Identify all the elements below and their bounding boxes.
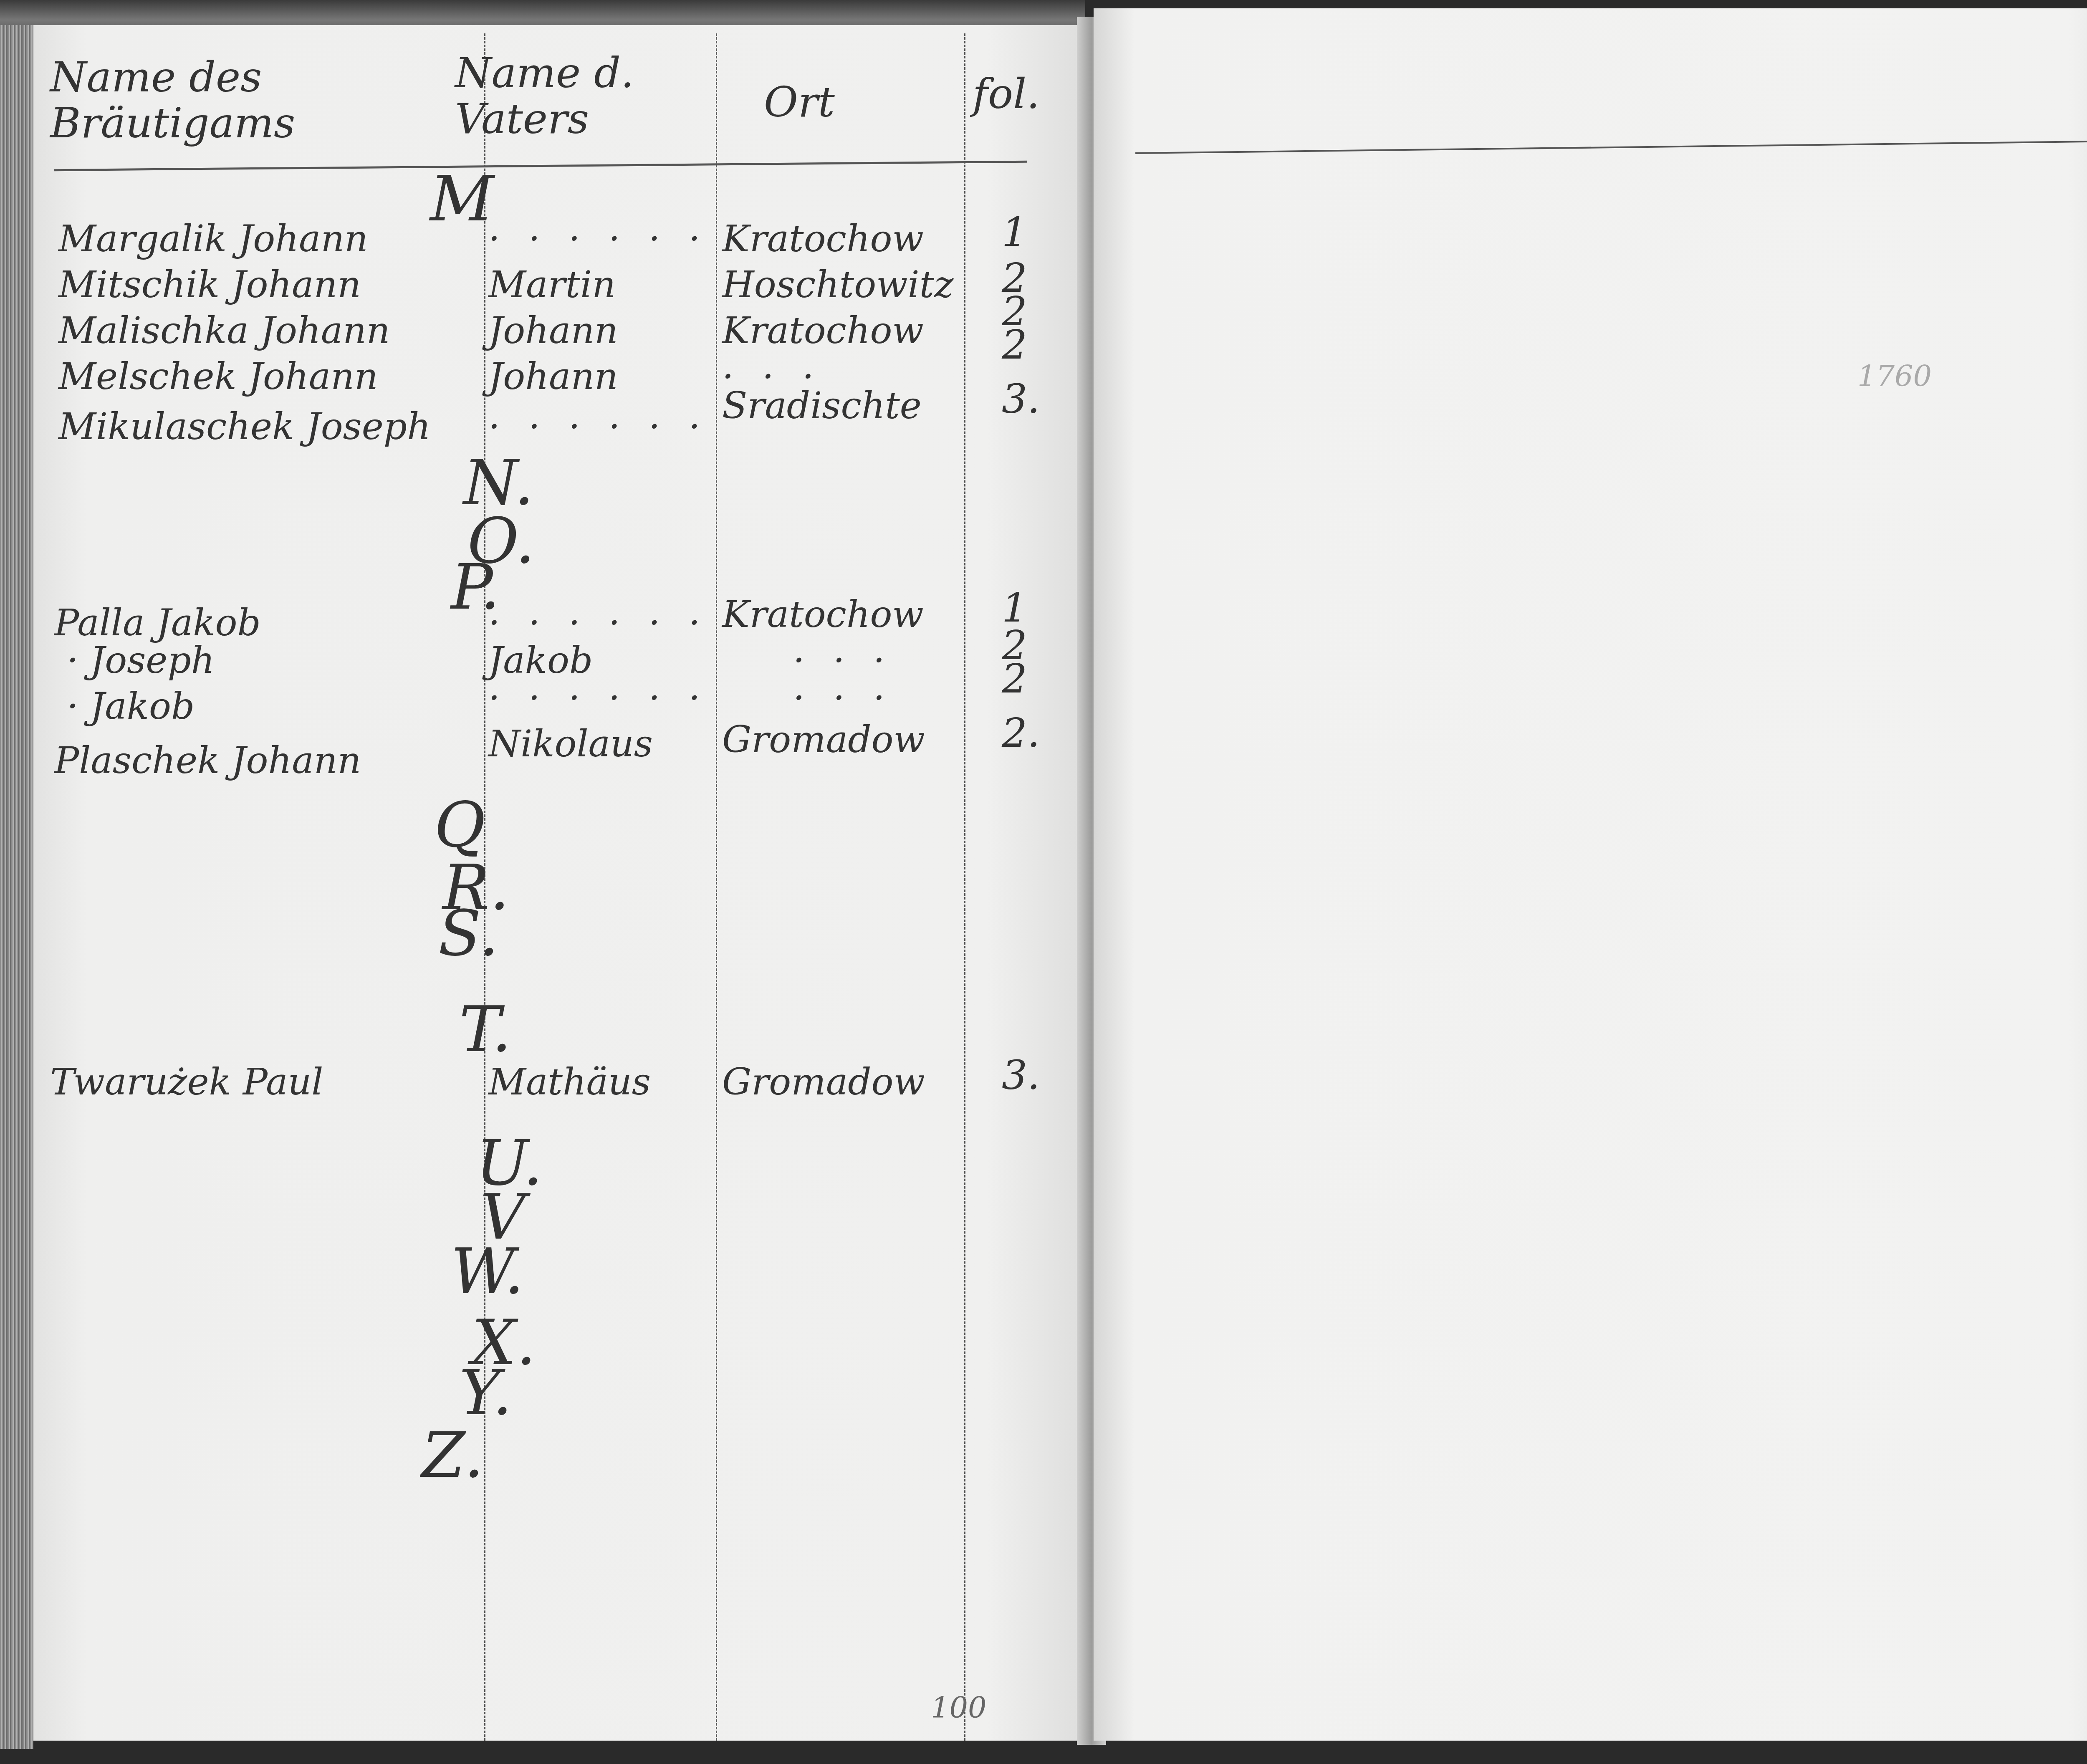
groom-name: Plaschek Johann: [54, 739, 361, 782]
section-letter: Z.: [422, 1419, 484, 1492]
column-rule-2: [716, 33, 717, 1741]
groom-name: Melschek Johann: [58, 355, 378, 398]
place: · · ·: [793, 639, 893, 682]
place: Kratochow: [722, 217, 924, 260]
section-letter: T.: [459, 993, 512, 1066]
father-name: · · · · · ·: [488, 405, 709, 448]
section-letter: W.: [451, 1236, 524, 1308]
right-page: [1094, 8, 2087, 1741]
father-name: Jakob: [488, 639, 593, 682]
folio: 3.: [1002, 1052, 1040, 1099]
page-stack-edge: [0, 25, 33, 1749]
section-letter: S.: [438, 897, 499, 970]
father-name: Mathäus: [488, 1060, 651, 1103]
father-name: Johann: [488, 355, 618, 398]
place: Gromadow: [722, 718, 925, 761]
header-place: Ort: [764, 79, 835, 125]
place: Gromadow: [722, 1060, 925, 1103]
folio: 1: [1002, 209, 1027, 255]
place: · · ·: [793, 676, 893, 719]
father-name: Johann: [488, 309, 618, 352]
header-groom: Name des Bräutigams: [50, 54, 426, 146]
father-name: Nikolaus: [488, 722, 653, 765]
groom-name: · Jakob: [67, 685, 195, 728]
folio: 2: [1002, 321, 1027, 368]
groom-name: Twarużek Paul: [50, 1060, 323, 1103]
header-folio: fol.: [973, 71, 1040, 117]
father-name: · · · · · ·: [488, 676, 709, 719]
folio: 2.: [1002, 710, 1040, 756]
place: Hoschtowitz: [722, 263, 953, 306]
groom-name: · Joseph: [67, 639, 215, 682]
groom-name: Margalik Johann: [58, 217, 368, 260]
header-father: Name d. Vaters: [455, 50, 705, 142]
column-rule-3: [964, 33, 965, 1741]
page-number: 100: [931, 1691, 987, 1725]
groom-name: Mikulaschek Joseph: [58, 405, 431, 448]
folio: 3.: [1002, 376, 1040, 422]
pencil-note: 1760: [1857, 359, 1932, 393]
section-letter: Q: [434, 789, 485, 862]
groom-name: Malischka Johann: [58, 309, 390, 352]
section-letter: Y.: [459, 1357, 512, 1429]
father-name: · · · · · ·: [488, 217, 709, 260]
groom-name: Mitschik Johann: [58, 263, 361, 306]
father-name: · · · · · ·: [488, 601, 709, 644]
place: Kratochow: [722, 309, 924, 352]
place: Kratochow: [722, 593, 924, 636]
place: Sradischte: [722, 384, 922, 427]
groom-name: Palla Jakob: [54, 601, 261, 644]
folio: 2: [1002, 655, 1027, 702]
section-letter: M: [430, 163, 494, 235]
father-name: Martin: [488, 263, 616, 306]
